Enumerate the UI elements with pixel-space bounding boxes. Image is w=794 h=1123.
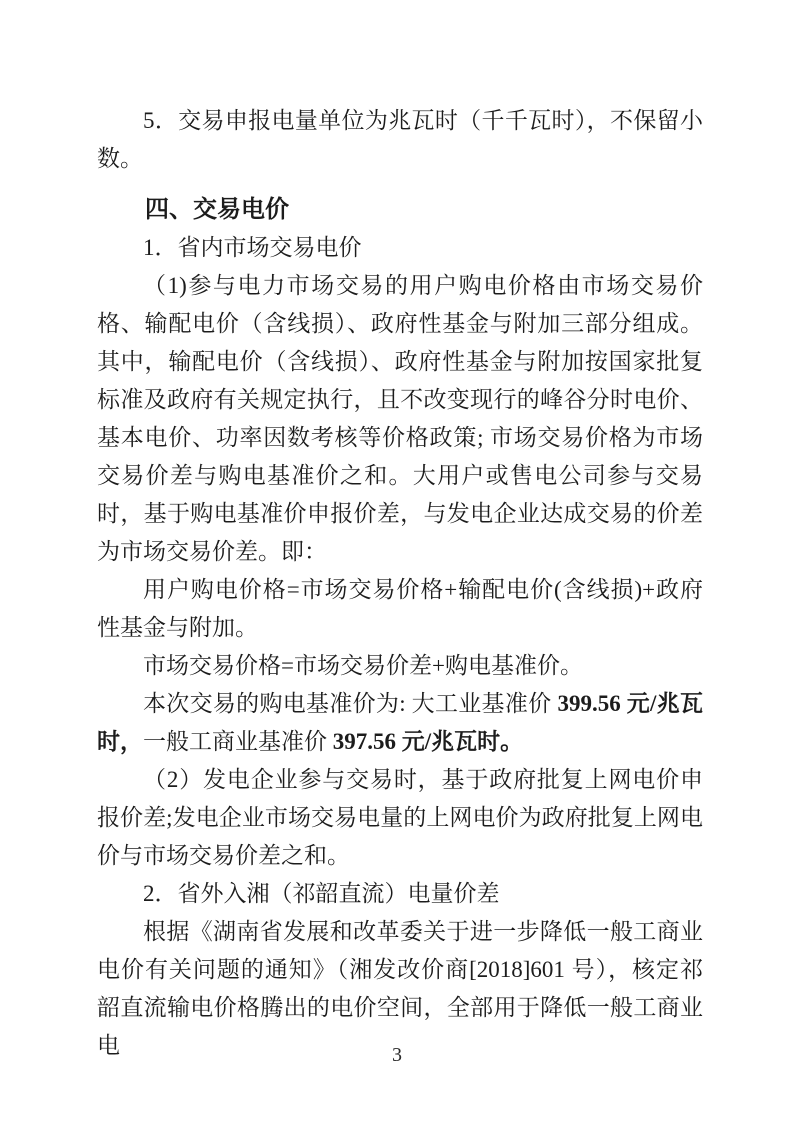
text-segment: 本次交易的购电基准价为: 大工业基准价 [143,691,557,716]
text-segment: 5．交易申报电量单位为兆瓦时（千千瓦时），不保留小数。 [97,108,703,171]
text-segment: 2．省外入湘（祁韶直流）电量价差 [143,881,500,906]
text-segment: 四、交易电价 [145,196,289,223]
paragraph: 本次交易的购电基准价为: 大工业基准价 399.56 元/兆瓦时，一般工商业基准… [97,685,703,761]
paragraph: （1)参与电力市场交易的用户购电价格由市场交易价格、输配电价（含线损）、政府性基… [97,267,703,571]
document-page: 5．交易申报电量单位为兆瓦时（千千瓦时），不保留小数。四、交易电价1．省内市场交… [0,0,794,1123]
page-footer: 3 [0,1040,794,1070]
document-body: 5．交易申报电量单位为兆瓦时（千千瓦时），不保留小数。四、交易电价1．省内市场交… [97,102,703,1065]
page-number: 3 [392,1044,402,1066]
paragraph: 2．省外入湘（祁韶直流）电量价差 [97,875,703,913]
paragraph: 5．交易申报电量单位为兆瓦时（千千瓦时），不保留小数。 [97,102,703,178]
text-segment: 一般工商业基准价 [143,729,333,754]
paragraph: 1．省内市场交易电价 [97,229,703,267]
text-segment: 用户购电价格=市场交易价格+输配电价(含线损)+政府性基金与附加。 [97,577,703,640]
section-heading: 四、交易电价 [97,191,703,229]
paragraph: （2）发电企业参与交易时，基于政府批复上网电价申报价差;发电企业市场交易电量的上… [97,761,703,875]
text-segment: 397.56 元/兆瓦时。 [333,729,523,754]
text-segment: 市场交易价格=市场交易价差+购电基准价。 [143,653,583,678]
text-segment: 1．省内市场交易电价 [143,235,362,260]
paragraph: 市场交易价格=市场交易价差+购电基准价。 [97,647,703,685]
paragraph: 用户购电价格=市场交易价格+输配电价(含线损)+政府性基金与附加。 [97,571,703,647]
text-segment: （2）发电企业参与交易时，基于政府批复上网电价申报价差;发电企业市场交易电量的上… [97,767,703,868]
text-segment: （1)参与电力市场交易的用户购电价格由市场交易价格、输配电价（含线损）、政府性基… [97,273,703,564]
text-segment: 根据《湖南省发展和改革委关于进一步降低一般工商业电价有关问题的通知》（湘发改价商… [97,919,703,1058]
